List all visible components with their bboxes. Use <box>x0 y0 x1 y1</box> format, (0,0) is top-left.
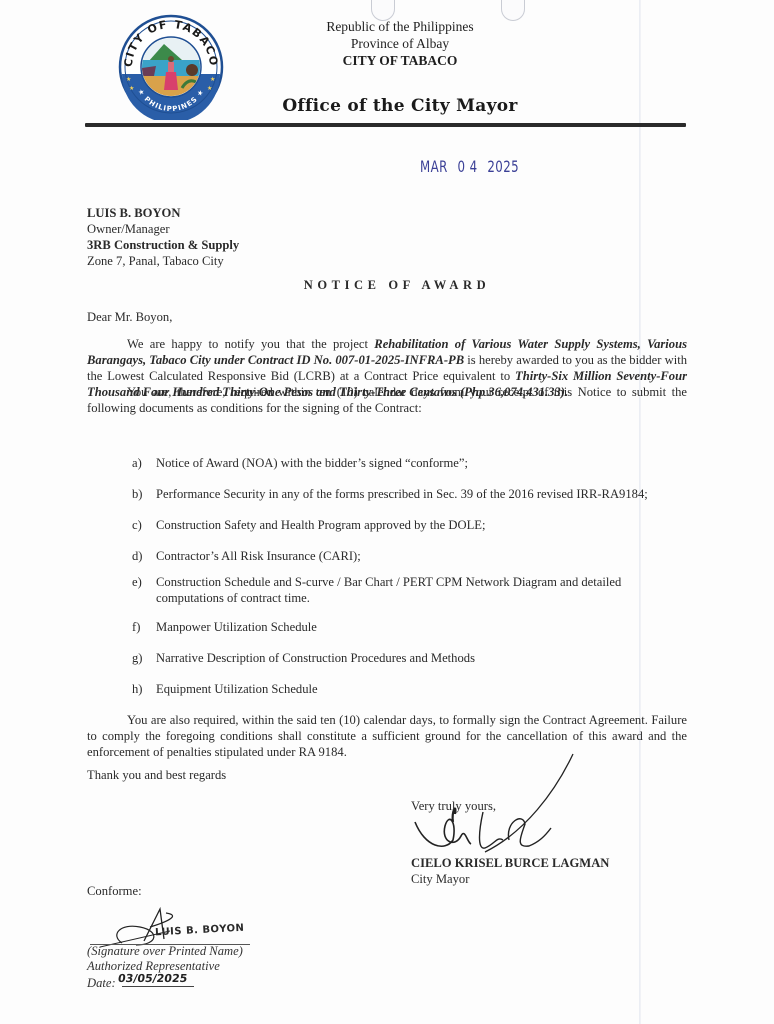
list-item: a)Notice of Award (NOA) with the bidder’… <box>132 455 652 471</box>
header-divider <box>85 123 686 127</box>
stamp-month: MAR <box>420 157 448 176</box>
list-item: c)Construction Safety and Health Program… <box>132 517 652 533</box>
list-item-letter: c) <box>132 517 156 533</box>
svg-text:★: ★ <box>210 76 215 83</box>
addressee-name: LUIS B. BOYON <box>87 205 239 221</box>
award-text-intro: We are happy to notify you that the proj… <box>127 337 374 351</box>
list-item: d)Contractor’s All Risk Insurance (CARI)… <box>132 548 652 564</box>
stamp-day: 0 4 <box>458 157 478 176</box>
stamp-year: 2025 <box>487 157 519 176</box>
signatory-block: CIELO KRISEL BURCE LAGMAN City Mayor <box>411 855 609 887</box>
city-seal-icon: CITY OF TABACO ★ PHILIPPINES ★ ★★ ★★ <box>118 14 224 120</box>
addressee-address: Zone 7, Panal, Tabaco City <box>87 253 239 269</box>
office-title: Office of the City Mayor <box>250 96 550 116</box>
list-item-text: Manpower Utilization Schedule <box>156 619 652 635</box>
page-fold-line <box>639 0 641 1024</box>
addressee-block: LUIS B. BOYON Owner/Manager 3RB Construc… <box>87 205 239 269</box>
document-title: NOTICE OF AWARD <box>0 278 774 293</box>
list-item: e)Construction Schedule and S-curve / Ba… <box>132 574 652 606</box>
signatory-title: City Mayor <box>411 871 609 887</box>
received-date-stamp: MAR0 42025 <box>420 157 529 176</box>
letterhead: Republic of the Philippines Province of … <box>250 18 550 69</box>
salutation: Dear Mr. Boyon, <box>87 310 172 325</box>
list-item-letter: e) <box>132 574 156 606</box>
list-item-letter: f) <box>132 619 156 635</box>
compliance-paragraph: You are also required, within the said t… <box>87 712 687 760</box>
list-item-text: Contractor’s All Risk Insurance (CARI); <box>156 548 652 564</box>
letterhead-republic: Republic of the Philippines <box>250 18 550 35</box>
list-item-text: Construction Schedule and S-curve / Bar … <box>156 574 652 606</box>
list-item: f)Manpower Utilization Schedule <box>132 619 652 635</box>
list-item-text: Narrative Description of Construction Pr… <box>156 650 652 666</box>
conforme-date-value: 03/05/2025 <box>117 972 188 985</box>
svg-text:★: ★ <box>126 76 131 83</box>
svg-text:★: ★ <box>129 85 134 92</box>
closing-line: Thank you and best regards <box>87 768 226 783</box>
list-item-letter: h) <box>132 681 156 697</box>
svg-text:★: ★ <box>207 85 212 92</box>
list-item-text: Performance Security in any of the forms… <box>156 486 652 502</box>
valediction: Very truly yours, <box>411 799 496 814</box>
list-item-letter: g) <box>132 650 156 666</box>
requirements-intro: You are, therefore, required within ten … <box>87 384 687 416</box>
conforme-date-label: Date: <box>87 976 116 990</box>
list-item-letter: a) <box>132 455 156 471</box>
list-item: g)Narrative Description of Construction … <box>132 650 652 666</box>
list-item-letter: d) <box>132 548 156 564</box>
list-item: h)Equipment Utilization Schedule <box>132 681 652 697</box>
letterhead-province: Province of Albay <box>250 35 550 52</box>
list-item-text: Construction Safety and Health Program a… <box>156 517 652 533</box>
addressee-company: 3RB Construction & Supply <box>87 237 239 253</box>
conforme-caption: (Signature over Printed Name) <box>87 944 243 959</box>
letterhead-city: CITY OF TABACO <box>250 52 550 69</box>
list-item-letter: b) <box>132 486 156 502</box>
list-item: b)Performance Security in any of the for… <box>132 486 652 502</box>
conforme-label: Conforme: <box>87 884 142 899</box>
signatory-name: CIELO KRISEL BURCE LAGMAN <box>411 855 609 871</box>
list-item-text: Notice of Award (NOA) with the bidder’s … <box>156 455 652 471</box>
addressee-position: Owner/Manager <box>87 221 239 237</box>
list-item-text: Equipment Utilization Schedule <box>156 681 652 697</box>
notice-of-award-document: CITY OF TABACO ★ PHILIPPINES ★ ★★ ★★ Rep… <box>0 0 774 1024</box>
